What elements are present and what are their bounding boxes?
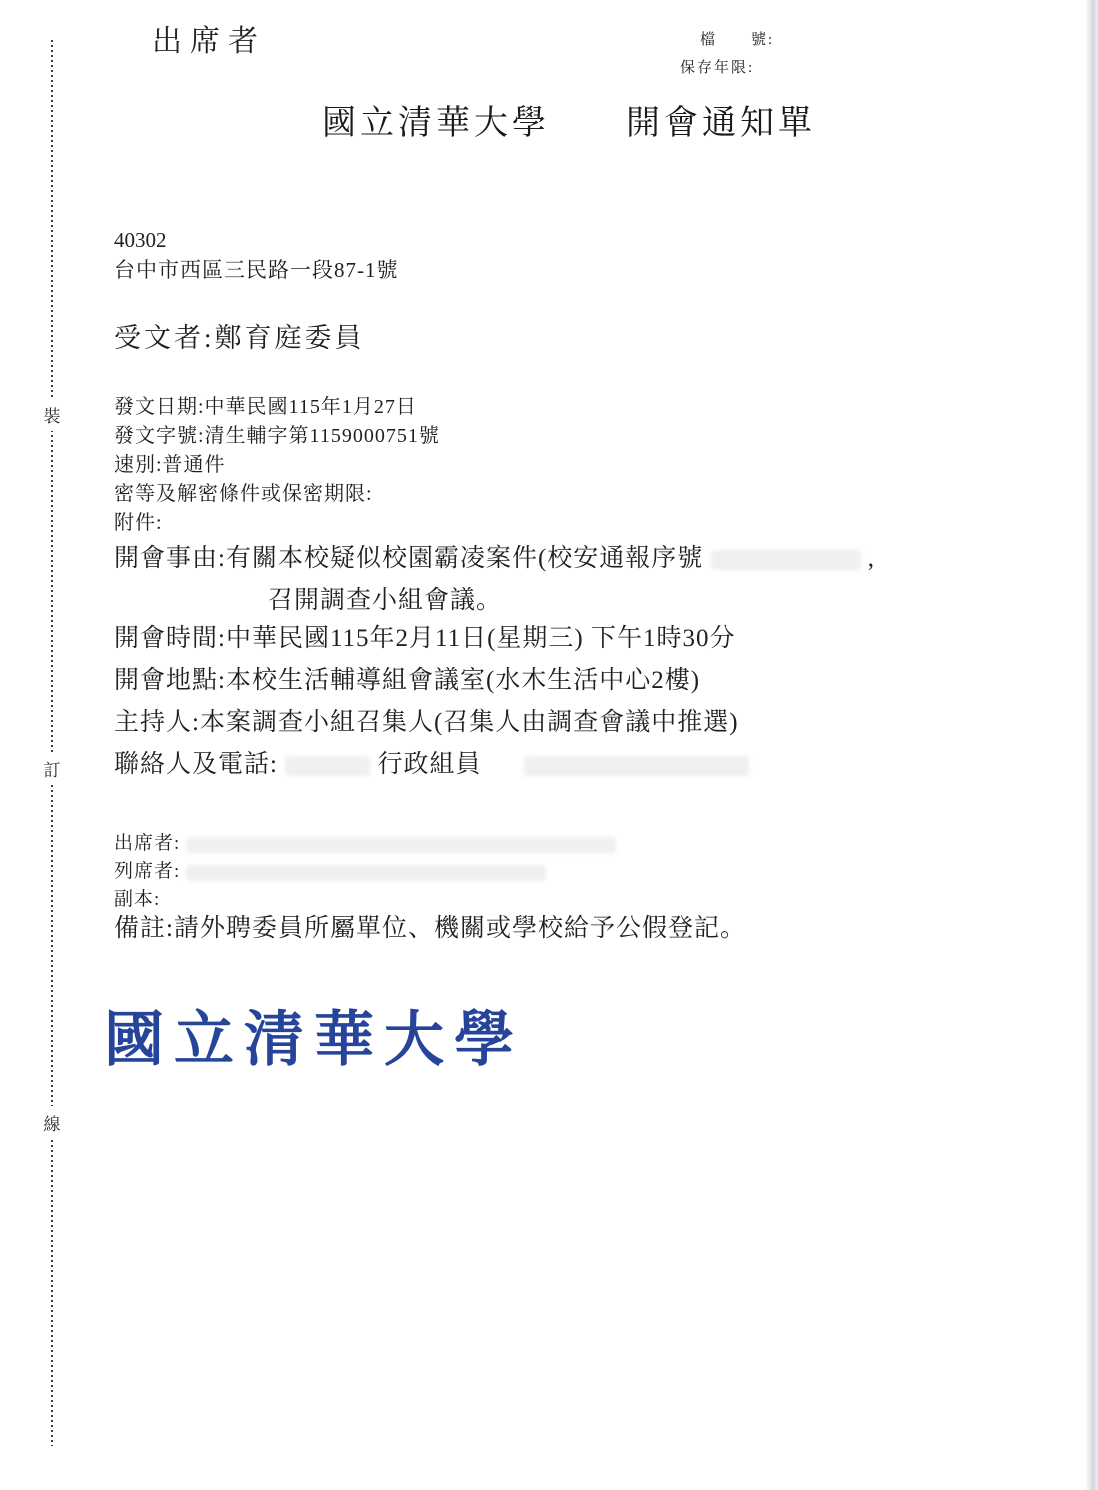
meeting-subject-comma: , (868, 545, 875, 572)
redacted-attendees (186, 837, 616, 853)
observers-line: 列席者: (114, 856, 546, 883)
copy-line: 副本: (114, 884, 160, 911)
attendees-label: 出席者: (114, 833, 180, 854)
corner-note-attendees: 出席者 (152, 16, 266, 60)
addressee-line: 受文者:鄭育庭委員 (114, 316, 365, 355)
recipient-address: 台中市西區三民路一段87-1號 (114, 254, 399, 284)
binding-dotted-line (51, 40, 53, 1446)
meeting-subject-line1: 開會事由:有關本校疑似校園霸凌案件(校安通報序號 , (114, 538, 875, 574)
university-signature: 國立清華大學 (104, 992, 524, 1078)
retention-period-label: 保存年限: (680, 56, 754, 77)
issue-date-line: 發文日期:中華民國115年1月27日 (114, 390, 417, 419)
binding-mark-xian: 線 (43, 1106, 62, 1139)
redacted-contact-name (285, 756, 370, 776)
document-title: 國立清華大學 開會通知單 (322, 95, 816, 144)
binding-mark-zhuang: 裝 (43, 398, 62, 431)
observers-label: 列席者: (114, 861, 180, 882)
meeting-chair-line: 主持人:本案調查小組召集人(召集人由調查會議中推選) (114, 702, 739, 738)
contact-title: 行政組員 (377, 751, 481, 778)
scan-edge-shadow (1085, 0, 1098, 1490)
security-class-line: 密等及解密條件或保密期限: (114, 477, 373, 506)
meeting-time-line: 開會時間:中華民國115年2月11日(星期三) 下午1時30分 (114, 618, 736, 654)
remark-line: 備註:請外聘委員所屬單位、機關或學校給予公假登記。 (114, 908, 746, 944)
attendees-line: 出席者: (114, 828, 616, 855)
meeting-notice-document: 裝 訂 線 出席者 檔 號: 保存年限: 國立清華大學 開會通知單 40302 … (0, 0, 1098, 1490)
meeting-subject-line2: 召開調查小組會議。 (268, 580, 502, 616)
issue-number-line: 發文字號:清生輔字第1159000751號 (114, 419, 440, 448)
redacted-observers (186, 865, 546, 881)
redacted-contact-phone (524, 756, 749, 776)
binding-mark-ding: 訂 (43, 752, 62, 785)
redacted-case-number (711, 550, 861, 570)
postal-code: 40302 (114, 228, 167, 253)
meeting-place-line: 開會地點:本校生活輔導組會議室(水木生活中心2樓) (114, 660, 700, 696)
file-number-label: 檔 號: (700, 28, 774, 49)
meeting-subject-text: 有關本校疑似校園霸凌案件(校安通報序號 (226, 545, 703, 572)
contact-line: 聯絡人及電話: 行政組員 (114, 744, 749, 780)
speed-class-line: 速別:普通件 (114, 448, 226, 477)
attachment-line: 附件: (114, 506, 163, 535)
meeting-subject-label: 開會事由: (114, 545, 226, 572)
contact-label: 聯絡人及電話: (114, 751, 278, 778)
